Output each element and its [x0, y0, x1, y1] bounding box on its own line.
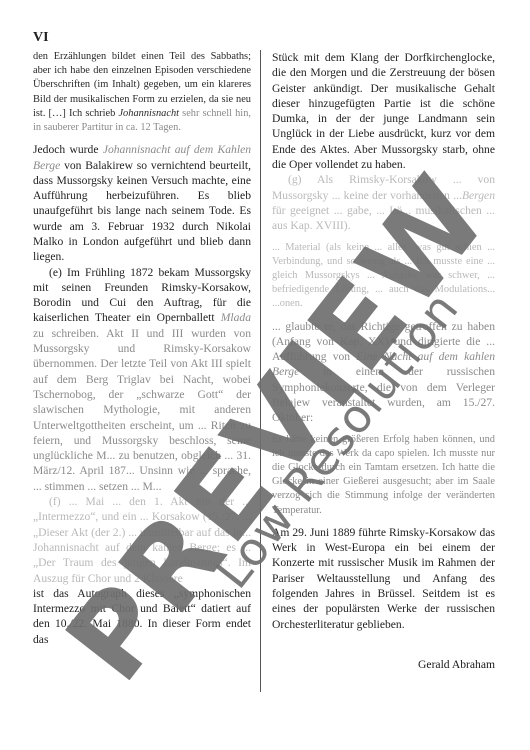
quote-paragraph: ... Material (als keine ... alles, was g… — [272, 241, 495, 312]
quote-paragraph: Es hätte keinen größeren Erfolg haben kö… — [272, 433, 495, 518]
work-title: Mlada — [221, 311, 251, 324]
paragraph: ... glaubte er, das Richtige getroffen z… — [272, 319, 495, 426]
paragraph-g: (g) Als Rimsky-Korsakow ... von Mussorgs… — [272, 172, 495, 233]
right-column: Stück mit dem Klang der Dorfkirchenglock… — [272, 50, 495, 671]
paragraph-f: (f) ... Mai ... den 1. Akt mit der ... „… — [33, 494, 251, 586]
paragraph: ist das Autograph dieses „symphonischen … — [33, 586, 251, 647]
work-title: Bergen — [462, 189, 495, 202]
page-number: VI — [33, 30, 49, 46]
paragraph-text: (e) Im Frühling 1872 bekam Mussorgsky mi… — [33, 266, 251, 325]
left-column: den Erzählungen bildet einen Teil des Sa… — [33, 50, 251, 647]
work-title: Johannisnacht — [118, 108, 179, 119]
column-divider — [260, 50, 261, 692]
paragraph-text: zu schreiben. Akt II und III wurden von … — [33, 327, 251, 493]
paragraph: Jedoch wurde Johannisnacht auf dem Kahle… — [33, 142, 251, 264]
author-signature: Gerald Abraham — [272, 658, 495, 671]
paragraph-text: in einem der russischen Symphoniekonzert… — [272, 365, 495, 424]
paragraph: Am 29. Juni 1889 führte Rimsky-Korsakow … — [272, 525, 495, 632]
paragraph-text: für geeignet ... gabe, ... Lö... musikal… — [272, 204, 495, 232]
paragraph-text: von Balakirew so vernichtend beurteilt, … — [33, 159, 251, 264]
paragraph-text: Jedoch wurde — [33, 143, 103, 156]
paragraph: Stück mit dem Klang der Dorfkirchenglock… — [272, 50, 495, 172]
paragraph-e: (e) Im Frühling 1872 bekam Mussorgsky mi… — [33, 265, 251, 494]
quote-paragraph: den Erzählungen bildet einen Teil des Sa… — [33, 50, 251, 135]
